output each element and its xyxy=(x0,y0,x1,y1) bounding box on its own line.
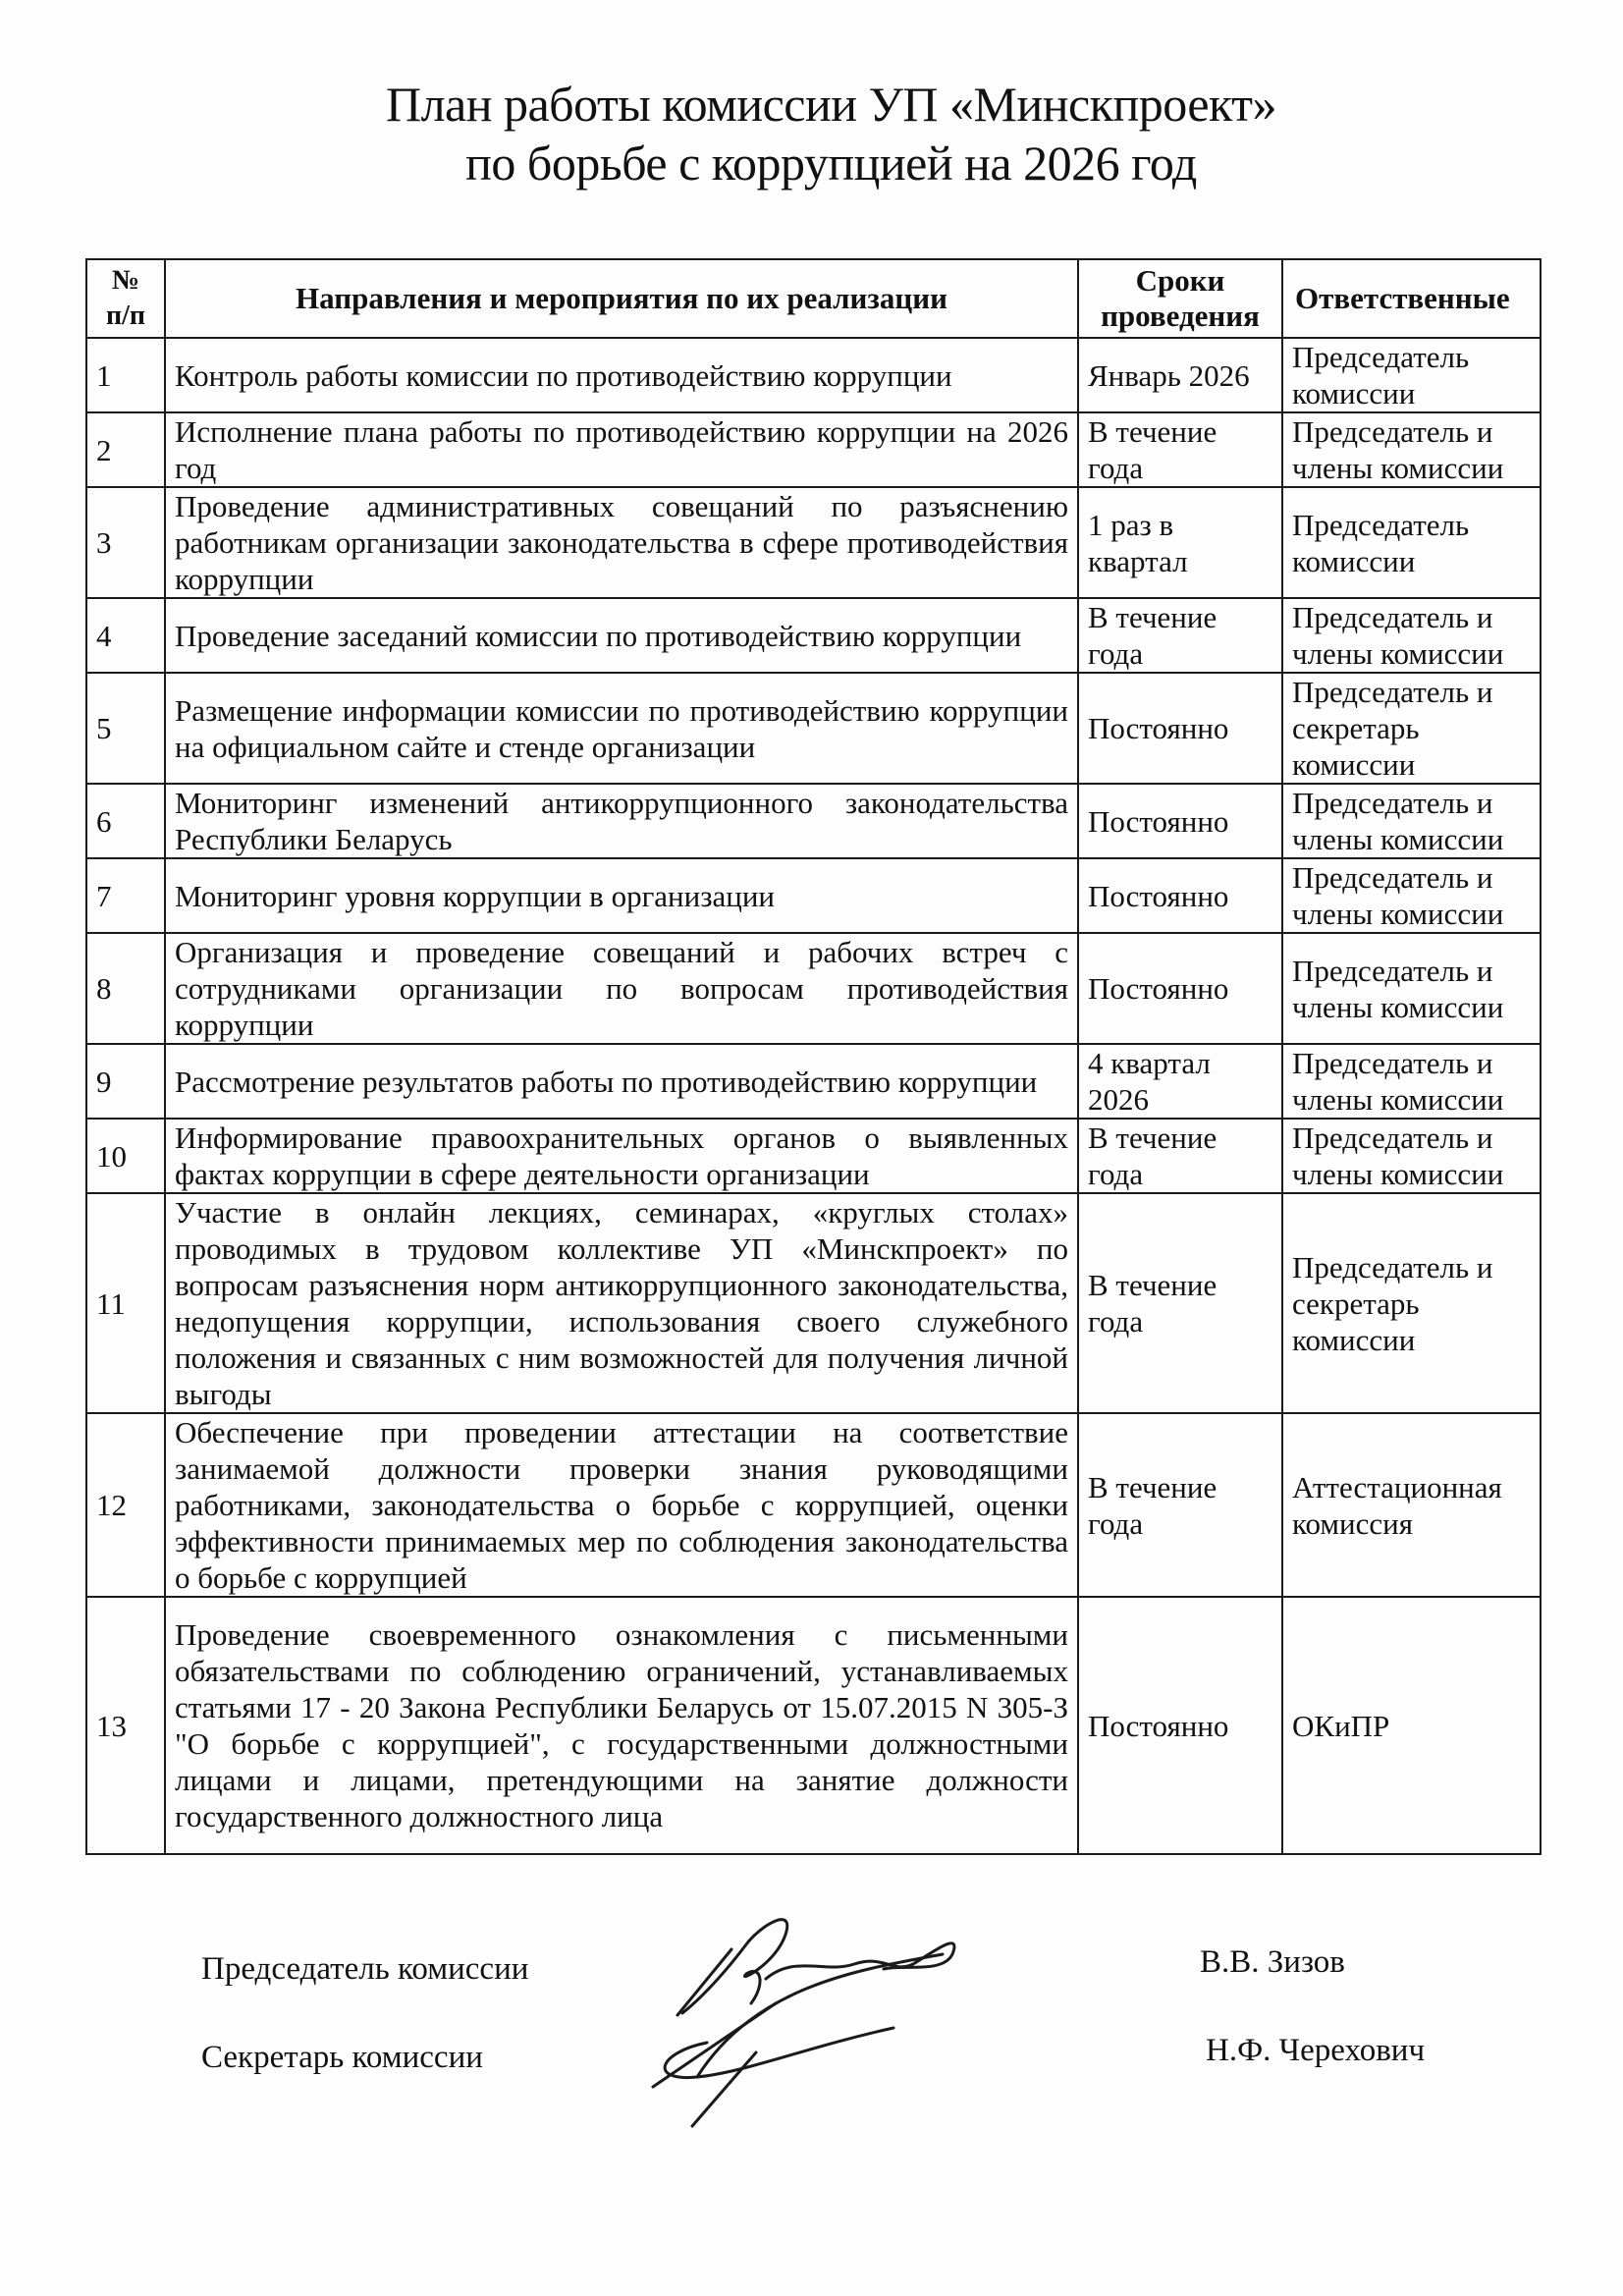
table-row: 12Обеспечение при проведении аттестации … xyxy=(86,1413,1541,1597)
row-responsible: Председатель и члены комиссии xyxy=(1282,412,1541,487)
table-row: 2Исполнение плана работы по противодейст… xyxy=(86,412,1541,487)
row-description: Проведение своевременного ознакомления с… xyxy=(165,1597,1078,1854)
row-number: 5 xyxy=(86,673,165,784)
row-description: Размещение информации комиссии по против… xyxy=(165,673,1078,784)
handwritten-signature-icon xyxy=(638,1905,1109,2131)
row-number: 9 xyxy=(86,1044,165,1119)
row-description: Рассмотрение результатов работы по проти… xyxy=(165,1044,1078,1119)
table-row: 10Информирование правоохранительных орга… xyxy=(86,1119,1541,1193)
header-number: № п/п xyxy=(86,259,165,338)
row-description: Организация и проведение совещаний и раб… xyxy=(165,933,1078,1044)
row-responsible: Председатель и члены комиссии xyxy=(1282,1119,1541,1193)
row-number: 13 xyxy=(86,1597,165,1854)
table-row: 3Проведение административных совещаний п… xyxy=(86,487,1541,598)
row-description: Исполнение плана работы по противодейств… xyxy=(165,412,1078,487)
row-dates: В течение года xyxy=(1078,1119,1282,1193)
secretary-name: Н.Ф. Черехович xyxy=(1206,2031,1425,2070)
row-number: 6 xyxy=(86,784,165,858)
row-responsible: Председатель комиссии xyxy=(1282,338,1541,412)
row-dates: Январь 2026 xyxy=(1078,338,1282,412)
document-title-line2: по борьбе с коррупцией на 2026 год xyxy=(20,134,1623,192)
row-responsible: Председатель и члены комиссии xyxy=(1282,1044,1541,1119)
row-responsible: Председатель комиссии xyxy=(1282,487,1541,598)
document-page: План работы комиссии УП «Минскпроект» по… xyxy=(0,0,1623,2296)
row-number: 1 xyxy=(86,338,165,412)
row-number: 7 xyxy=(86,858,165,933)
row-responsible: Аттестационная комиссия xyxy=(1282,1413,1541,1597)
row-responsible: Председатель и члены комиссии xyxy=(1282,858,1541,933)
row-number: 4 xyxy=(86,598,165,673)
row-description: Проведение заседаний комиссии по противо… xyxy=(165,598,1078,673)
row-dates: Постоянно xyxy=(1078,784,1282,858)
table-row: 4Проведение заседаний комиссии по против… xyxy=(86,598,1541,673)
row-dates: 4 квартал 2026 xyxy=(1078,1044,1282,1119)
row-number: 11 xyxy=(86,1193,165,1413)
row-description: Мониторинг уровня коррупции в организаци… xyxy=(165,858,1078,933)
row-description: Информирование правоохранительных органо… xyxy=(165,1119,1078,1193)
table-row: 11Участие в онлайн лекциях, семинарах, «… xyxy=(86,1193,1541,1413)
chair-role-label: Председатель комиссии xyxy=(201,1949,528,1989)
row-description: Мониторинг изменений антикоррупционного … xyxy=(165,784,1078,858)
secretary-role-label: Секретарь комиссии xyxy=(201,2038,483,2077)
row-responsible: Председатель и члены комиссии xyxy=(1282,933,1541,1044)
row-dates: Постоянно xyxy=(1078,933,1282,1044)
plan-table-body: 1Контроль работы комиссии по противодейс… xyxy=(86,338,1541,1854)
row-responsible: Председатель и секретарь комиссии xyxy=(1282,673,1541,784)
row-number: 10 xyxy=(86,1119,165,1193)
row-responsible: Председатель и секретарь комиссии xyxy=(1282,1193,1541,1413)
row-number: 12 xyxy=(86,1413,165,1597)
plan-table: № п/п Направления и мероприятия по их ре… xyxy=(85,258,1542,1855)
row-number: 3 xyxy=(86,487,165,598)
document-title-line1: План работы комиссии УП «Минскпроект» xyxy=(20,75,1623,134)
table-row: 13Проведение своевременного ознакомления… xyxy=(86,1597,1541,1854)
row-description: Проведение административных совещаний по… xyxy=(165,487,1078,598)
row-description: Участие в онлайн лекциях, семинарах, «кр… xyxy=(165,1193,1078,1413)
header-dates: Сроки проведения xyxy=(1078,259,1282,338)
header-responsible: Ответственные xyxy=(1282,259,1541,338)
row-dates: В течение года xyxy=(1078,1413,1282,1597)
table-row: 5Размещение информации комиссии по проти… xyxy=(86,673,1541,784)
row-dates: 1 раз в квартал xyxy=(1078,487,1282,598)
header-description: Направления и мероприятия по их реализац… xyxy=(165,259,1078,338)
table-row: 1Контроль работы комиссии по противодейс… xyxy=(86,338,1541,412)
row-dates: В течение года xyxy=(1078,598,1282,673)
row-dates: Постоянно xyxy=(1078,673,1282,784)
table-row: 9Рассмотрение результатов работы по прот… xyxy=(86,1044,1541,1119)
row-number: 8 xyxy=(86,933,165,1044)
table-row: 8Организация и проведение совещаний и ра… xyxy=(86,933,1541,1044)
row-responsible: Председатель и члены комиссии xyxy=(1282,598,1541,673)
row-dates: Постоянно xyxy=(1078,858,1282,933)
table-row: 6Мониторинг изменений антикоррупционного… xyxy=(86,784,1541,858)
row-responsible: Председатель и члены комиссии xyxy=(1282,784,1541,858)
chair-name: В.В. Зизов xyxy=(1200,1942,1345,1982)
row-responsible: ОКиПР xyxy=(1282,1597,1541,1854)
row-dates: В течение года xyxy=(1078,1193,1282,1413)
table-row: 7Мониторинг уровня коррупции в организац… xyxy=(86,858,1541,933)
table-header-row: № п/п Направления и мероприятия по их ре… xyxy=(86,259,1541,338)
row-number: 2 xyxy=(86,412,165,487)
row-dates: Постоянно xyxy=(1078,1597,1282,1854)
row-dates: В течение года xyxy=(1078,412,1282,487)
row-description: Обеспечение при проведении аттестации на… xyxy=(165,1413,1078,1597)
row-description: Контроль работы комиссии по противодейст… xyxy=(165,338,1078,412)
